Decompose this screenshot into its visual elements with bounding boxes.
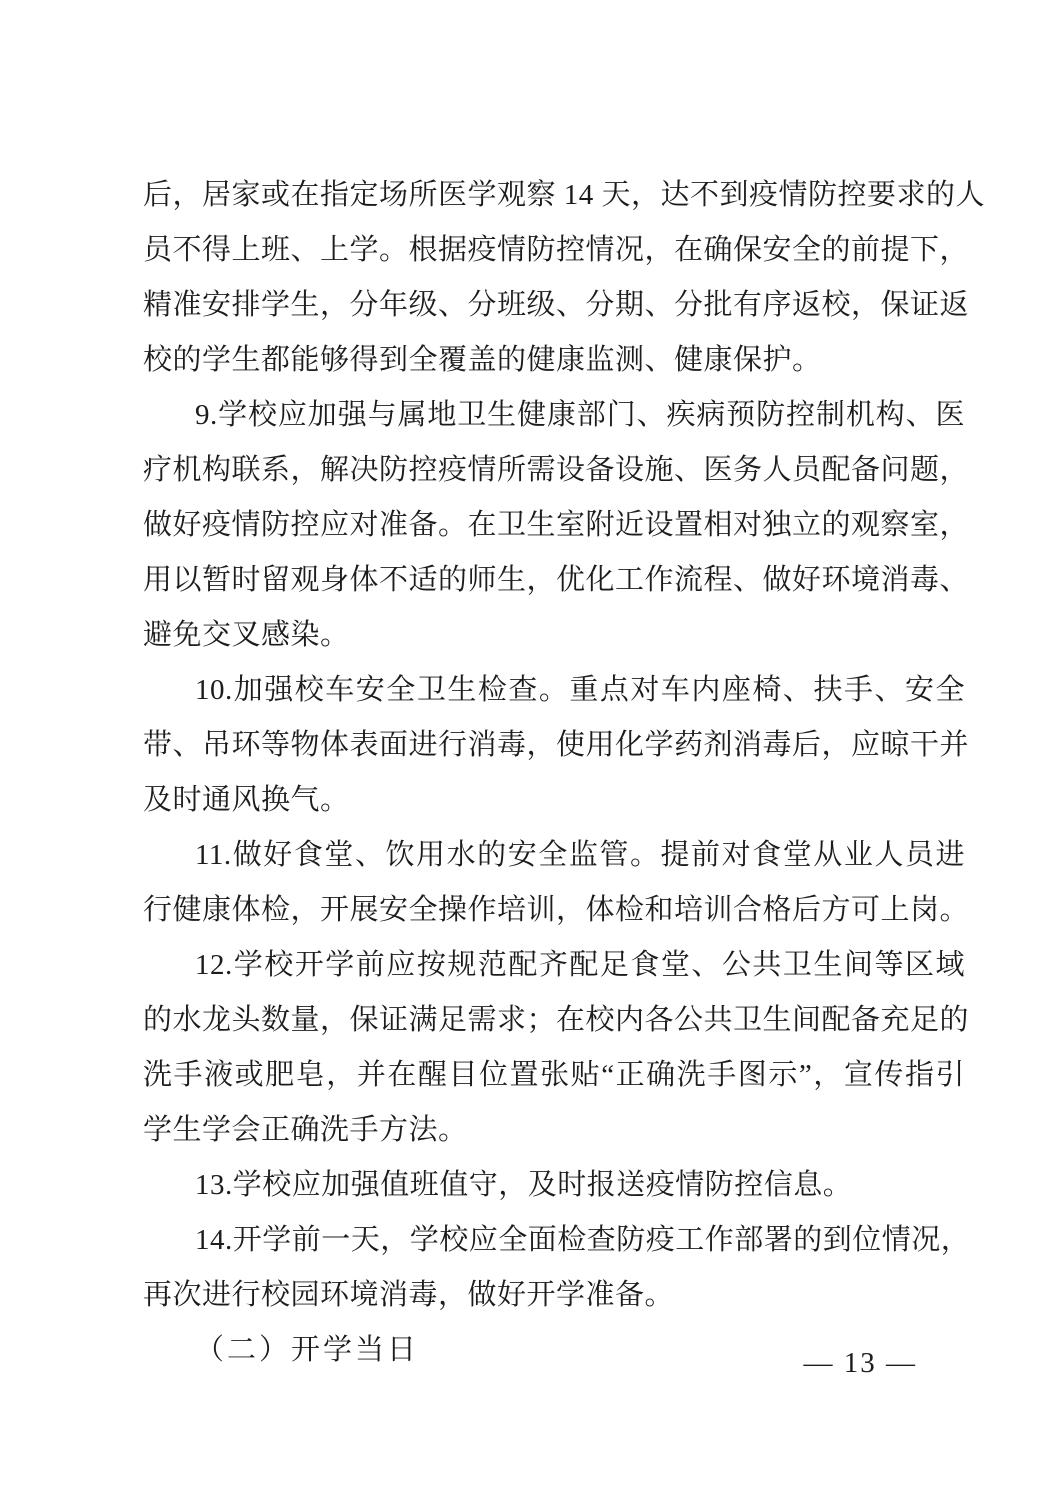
paragraph: 后，居家或在指定场所医学观察 14 天，达不到疫情防控要求的人 员不得上班、上学… <box>143 168 965 388</box>
text-line: 学生学会正确洗手方法。 <box>143 1103 965 1158</box>
text-line: 校的学生都能够得到全覆盖的健康监测、健康保护。 <box>143 333 965 388</box>
text-line: 14.开学前一天，学校应全面检查防疫工作部署的到位情况， <box>143 1213 965 1268</box>
document-page: 后，居家或在指定场所医学观察 14 天，达不到疫情防控要求的人 员不得上班、上学… <box>0 0 1060 1500</box>
text-line: 精准安排学生，分年级、分班级、分期、分批有序返校，保证返 <box>143 278 965 333</box>
text-line: 9.学校应加强与属地卫生健康部门、疾病预防控制机构、医 <box>143 388 965 443</box>
text-line: 的水龙头数量，保证满足需求；在校内各公共卫生间配备充足的 <box>143 993 965 1048</box>
text-line: 13.学校应加强值班值守，及时报送疫情防控信息。 <box>143 1158 965 1213</box>
paragraph: 11.做好食堂、饮用水的安全监管。提前对食堂从业人员进 行健康体检，开展安全操作… <box>143 828 965 938</box>
text-line: 再次进行校园环境消毒，做好开学准备。 <box>143 1268 965 1323</box>
text-line: 及时通风换气。 <box>143 773 965 828</box>
text-line: 避免交叉感染。 <box>143 608 965 663</box>
text-line: 12.学校开学前应按规范配齐配足食堂、公共卫生间等区域 <box>143 938 965 993</box>
text-line: 11.做好食堂、饮用水的安全监管。提前对食堂从业人员进 <box>143 828 965 883</box>
text-line: 10.加强校车安全卫生检查。重点对车内座椅、扶手、安全 <box>143 663 965 718</box>
paragraph: 9.学校应加强与属地卫生健康部门、疾病预防控制机构、医 疗机构联系，解决防控疫情… <box>143 388 965 663</box>
paragraph: 14.开学前一天，学校应全面检查防疫工作部署的到位情况， 再次进行校园环境消毒，… <box>143 1213 965 1323</box>
document-body: 后，居家或在指定场所医学观察 14 天，达不到疫情防控要求的人 员不得上班、上学… <box>143 168 965 1378</box>
paragraph: 12.学校开学前应按规范配齐配足食堂、公共卫生间等区域 的水龙头数量，保证满足需… <box>143 938 965 1158</box>
text-line: 用以暂时留观身体不适的师生，优化工作流程、做好环境消毒、 <box>143 553 965 608</box>
text-line: 后，居家或在指定场所医学观察 14 天，达不到疫情防控要求的人 <box>143 168 965 223</box>
text-line: 疗机构联系，解决防控疫情所需设备设施、医务人员配备问题， <box>143 443 965 498</box>
paragraph: 10.加强校车安全卫生检查。重点对车内座椅、扶手、安全 带、吊环等物体表面进行消… <box>143 663 965 828</box>
paragraph: 13.学校应加强值班值守，及时报送疫情防控信息。 <box>143 1158 965 1213</box>
text-line: 带、吊环等物体表面进行消毒，使用化学药剂消毒后，应晾干并 <box>143 718 965 773</box>
text-line: 行健康体检，开展安全操作培训，体检和培训合格后方可上岗。 <box>143 883 965 938</box>
text-line: 员不得上班、上学。根据疫情防控情况，在确保安全的前提下， <box>143 223 965 278</box>
text-line: 做好疫情防控应对准备。在卫生室附近设置相对独立的观察室， <box>143 498 965 553</box>
page-number: — 13 — <box>804 1336 918 1391</box>
text-line: 洗手液或肥皂，并在醒目位置张贴“正确洗手图示”，宣传指引 <box>143 1048 965 1103</box>
